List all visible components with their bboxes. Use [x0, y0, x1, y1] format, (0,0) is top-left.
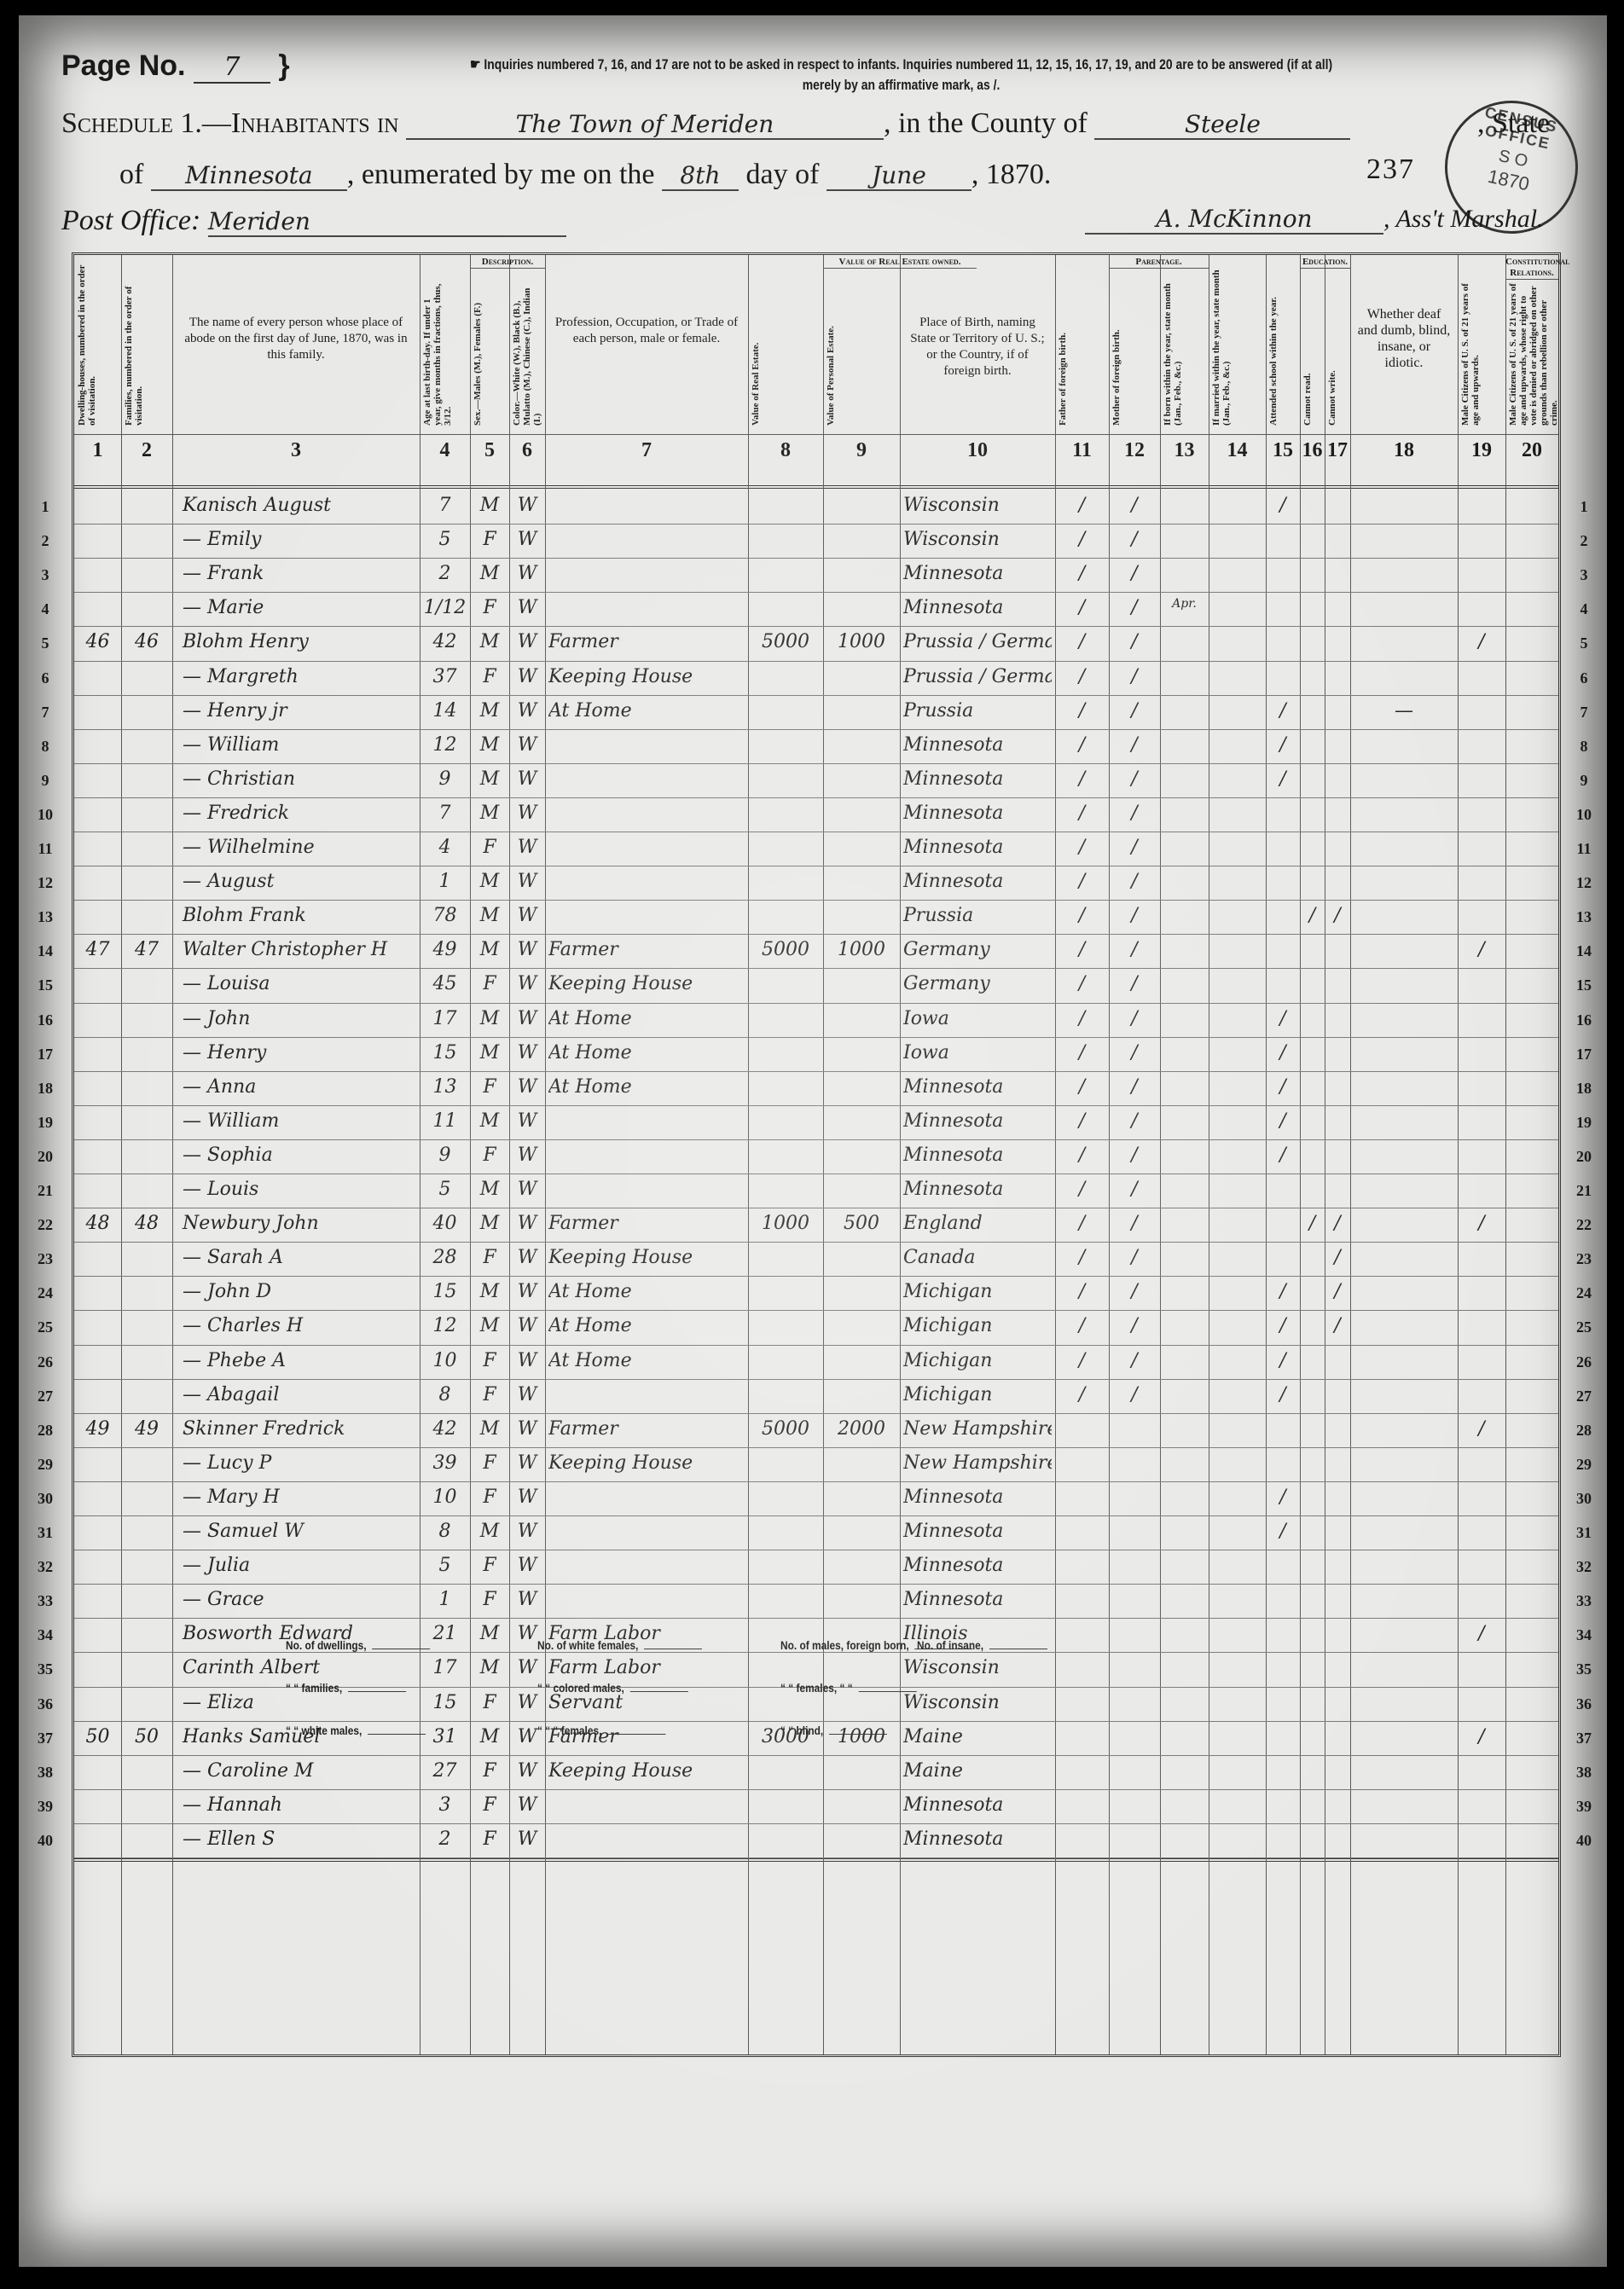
cell-age: 45	[423, 973, 467, 994]
cell-family: 49	[125, 1418, 169, 1440]
column-number-4: 4	[420, 439, 470, 462]
cell-age: 42	[423, 1418, 467, 1440]
column-header-5: Sex.—Males (M.), Females (F.)	[473, 279, 507, 426]
row-rule	[74, 1071, 1558, 1072]
cell-color: W	[513, 768, 542, 790]
cell-dwelling: 47	[78, 939, 118, 960]
cell-c19: /	[1461, 631, 1502, 652]
column-header-15: Attended school within the year.	[1268, 279, 1297, 426]
row-rule	[74, 592, 1558, 593]
cell-c12: /	[1112, 597, 1157, 618]
cell-name: — Henry	[176, 1042, 423, 1063]
column-header-18: Whether deaf and dumb, blind, insane, or…	[1357, 306, 1451, 371]
column-header-12: Mother of foreign birth.	[1111, 279, 1157, 426]
row-rule	[74, 1003, 1558, 1004]
column-header-19: Male Citizens of U. S. of 21 years of ag…	[1460, 279, 1503, 426]
cell-age: 42	[423, 631, 467, 652]
line-number: 23	[30, 1250, 61, 1268]
column-number-14: 14	[1209, 439, 1266, 462]
cell-family: 46	[125, 631, 169, 652]
line-number: 6	[30, 669, 61, 687]
line-number: 19	[30, 1114, 61, 1132]
cell-c12: /	[1112, 1384, 1157, 1405]
line-number: 10	[30, 806, 61, 824]
cell-c19: /	[1461, 1623, 1502, 1644]
cell-name: — Wilhelmine	[176, 837, 423, 858]
cell-c15: /	[1269, 1350, 1296, 1371]
cell-real: 5000	[751, 1418, 820, 1440]
cell-birthplace: Minnesota	[903, 597, 1052, 618]
cell-age: 4	[423, 837, 467, 858]
cell-sex: F	[473, 1076, 506, 1098]
cell-age: 78	[423, 905, 467, 926]
cell-name: — Samuel W	[176, 1521, 423, 1542]
row-rule	[74, 763, 1558, 764]
cell-color: W	[513, 700, 542, 721]
cell-age: 1	[423, 871, 467, 892]
row-rule	[74, 1208, 1558, 1208]
cell-name: Kanisch August	[176, 495, 423, 516]
cell-age: 3	[423, 1794, 467, 1816]
cell-age: 37	[423, 666, 467, 687]
cell-birthplace: Wisconsin	[903, 529, 1052, 550]
line-number: 13	[30, 908, 61, 926]
line-number: 14	[30, 942, 61, 960]
cell-age: 8	[423, 1384, 467, 1405]
footer-blank	[829, 1734, 887, 1735]
cell-c15: /	[1269, 1384, 1296, 1405]
cell-sex: M	[473, 768, 506, 790]
cell-sex: M	[473, 1213, 506, 1234]
cell-sex: F	[473, 666, 506, 687]
row-rule	[74, 900, 1558, 901]
cell-birthplace: Iowa	[903, 1042, 1052, 1063]
cell-birthplace: Prussia	[903, 905, 1052, 926]
footer-blank	[368, 1734, 426, 1735]
line-number: 5	[30, 635, 61, 652]
column-divider	[121, 255, 122, 2054]
cell-name: — Julia	[176, 1555, 423, 1576]
cell-color: W	[513, 1213, 542, 1234]
cell-birthplace: Minnesota	[903, 563, 1052, 584]
row-rule	[74, 1242, 1558, 1243]
line-number: 10	[1569, 806, 1599, 824]
line-number: 39	[30, 1798, 61, 1816]
cell-color: W	[513, 871, 542, 892]
cell-occupation: At Home	[548, 700, 745, 721]
column-number-8: 8	[748, 439, 823, 462]
cell-sex: M	[473, 563, 506, 584]
cell-age: 1/12	[423, 597, 467, 618]
cell-sex: F	[473, 1692, 506, 1713]
line-number: 37	[30, 1730, 61, 1747]
cell-c12: /	[1112, 700, 1157, 721]
cell-color: W	[513, 1794, 542, 1816]
cell-c11: /	[1058, 1008, 1105, 1029]
row-rule	[74, 1037, 1558, 1038]
cell-c15: /	[1269, 1486, 1296, 1508]
cell-c11: /	[1058, 666, 1105, 687]
footer-blank	[372, 1649, 430, 1649]
cell-birthplace: Minnesota	[903, 803, 1052, 824]
column-header-2: Families, numbered in the order of visit…	[124, 262, 170, 426]
cell-c11: /	[1058, 700, 1105, 721]
cell-sex: M	[473, 871, 506, 892]
cell-real: 5000	[751, 939, 820, 960]
line-number: 11	[30, 840, 61, 858]
line-number: 27	[30, 1388, 61, 1405]
sheet-number: 237	[1366, 154, 1415, 186]
cell-color: W	[513, 1555, 542, 1576]
cell-age: 39	[423, 1452, 467, 1474]
cell-age: 7	[423, 495, 467, 516]
column-divider	[1160, 255, 1161, 2054]
cell-occupation: At Home	[548, 1281, 745, 1302]
cell-color: W	[513, 1076, 542, 1098]
cell-c15: /	[1269, 1144, 1296, 1166]
row-rule	[74, 558, 1558, 559]
line-number: 18	[30, 1080, 61, 1098]
footer-white_females: No. of white females,	[537, 1638, 702, 1652]
cell-birthplace: Prussia / Germany	[903, 631, 1052, 652]
cell-color: W	[513, 1452, 542, 1474]
column-divider	[172, 255, 173, 2054]
line-number: 26	[30, 1353, 61, 1371]
cell-sex: M	[473, 939, 506, 960]
cell-sex: F	[473, 1486, 506, 1508]
cell-sex: F	[473, 1794, 506, 1816]
cell-c11: /	[1058, 1144, 1105, 1166]
cell-c11: /	[1058, 871, 1105, 892]
cell-birthplace: Iowa	[903, 1008, 1052, 1029]
cell-name: — Sarah A	[176, 1247, 423, 1268]
cell-age: 11	[423, 1110, 467, 1132]
cell-age: 49	[423, 939, 467, 960]
cell-c11: /	[1058, 1110, 1105, 1132]
column-number-13: 13	[1160, 439, 1209, 462]
cell-c12: /	[1112, 631, 1157, 652]
line-number: 32	[1569, 1558, 1599, 1576]
cell-color: W	[513, 837, 542, 858]
cell-name: Walter Christopher H	[176, 939, 423, 960]
cell-c11: /	[1058, 837, 1105, 858]
row-rule	[74, 1310, 1558, 1311]
cell-occupation: At Home	[548, 1008, 745, 1029]
row-rule	[74, 1139, 1558, 1140]
row-rule	[74, 1652, 1558, 1653]
column-header-6: Color.—White (W.), Black (B.), Mulatto (…	[512, 279, 542, 426]
cell-c12: /	[1112, 666, 1157, 687]
footer-dwellings: No. of dwellings,	[286, 1638, 430, 1652]
line-number: 3	[1569, 566, 1599, 584]
cell-age: 9	[423, 768, 467, 790]
cell-c11: /	[1058, 1179, 1105, 1200]
row-rule	[74, 1515, 1558, 1516]
cell-age: 17	[423, 1657, 467, 1678]
cell-birthplace: Michigan	[903, 1281, 1052, 1302]
cell-name: — Louis	[176, 1179, 423, 1200]
cell-occupation: Servant	[548, 1692, 745, 1713]
cell-occupation: Farmer	[548, 1418, 745, 1440]
cell-name: — Lucy P	[176, 1452, 423, 1474]
cell-age: 7	[423, 803, 467, 824]
cell-name: — William	[176, 1110, 423, 1132]
cell-name: — Margreth	[176, 666, 423, 687]
cell-name: — Henry jr	[176, 700, 423, 721]
cell-age: 13	[423, 1076, 467, 1098]
cell-c16: /	[1303, 905, 1321, 926]
column-header-3: The name of every person whose place of …	[179, 315, 413, 363]
cell-sex: M	[473, 1315, 506, 1336]
line-number: 1	[1569, 498, 1599, 516]
cell-c15: /	[1269, 495, 1296, 516]
footer-blank	[989, 1649, 1047, 1649]
line-number: 19	[1569, 1114, 1599, 1132]
cell-color: W	[513, 1281, 542, 1302]
line-number: 20	[30, 1148, 61, 1166]
column-number-6: 6	[509, 439, 545, 462]
cell-age: 12	[423, 734, 467, 756]
line-number: 9	[1569, 772, 1599, 790]
column-divider	[900, 255, 901, 2054]
column-number-1: 1	[74, 439, 121, 462]
state-label: , State	[1477, 107, 1550, 140]
cell-color: W	[513, 1179, 542, 1200]
cell-birthplace: Minnesota	[903, 768, 1052, 790]
cell-c12: /	[1112, 1247, 1157, 1268]
footer-blank	[348, 1691, 406, 1692]
line-number: 39	[1569, 1798, 1599, 1816]
cell-c15: /	[1269, 700, 1296, 721]
line-number: 16	[1569, 1011, 1599, 1029]
line-number: 22	[30, 1216, 61, 1234]
line-number: 36	[30, 1695, 61, 1713]
cell-name: — Grace	[176, 1589, 423, 1610]
row-rule	[74, 1755, 1558, 1756]
line-number: 29	[1569, 1456, 1599, 1474]
cell-c18: —	[1354, 700, 1454, 721]
cell-birthplace: Michigan	[903, 1315, 1052, 1336]
cell-name: — August	[176, 871, 423, 892]
line-number: 33	[30, 1592, 61, 1610]
column-divider	[545, 255, 546, 2054]
column-divider	[1266, 255, 1267, 2054]
column-number-2: 2	[121, 439, 172, 462]
column-number-11: 11	[1055, 439, 1109, 462]
cell-name: Skinner Fredrick	[176, 1418, 423, 1440]
cell-color: W	[513, 1692, 542, 1713]
cell-birthplace: Minnesota	[903, 871, 1052, 892]
column-number-7: 7	[545, 439, 748, 462]
row-rule	[74, 524, 1558, 524]
column-header-1: Dwelling-houses, numbered in the order o…	[77, 262, 119, 426]
line-number: 30	[1569, 1490, 1599, 1508]
cell-birthplace: Minnesota	[903, 1110, 1052, 1132]
cell-c17: /	[1328, 1315, 1347, 1336]
cell-color: W	[513, 1521, 542, 1542]
line-number: 38	[30, 1764, 61, 1782]
column-number-10: 10	[900, 439, 1055, 462]
footer-blind: “ “ blind,	[780, 1724, 887, 1737]
marshal-line: A. McKinnon, Ass't Marshal.	[1085, 205, 1544, 235]
cell-color: W	[513, 1384, 542, 1405]
cell-real: 1000	[751, 1213, 820, 1234]
cell-c12: /	[1112, 1042, 1157, 1063]
cell-birthplace: Wisconsin	[903, 1657, 1052, 1678]
cell-name: — Christian	[176, 768, 423, 790]
cell-birthplace: Maine	[903, 1726, 1052, 1747]
cell-occupation: Keeping House	[548, 973, 745, 994]
cell-name: — Sophia	[176, 1144, 423, 1166]
state-field: Minnesota	[151, 161, 347, 191]
cell-name: — John D	[176, 1281, 423, 1302]
page-number-value: 7	[194, 52, 270, 84]
row-rule	[74, 1618, 1558, 1619]
line-number: 7	[30, 704, 61, 721]
column-number-17: 17	[1325, 439, 1350, 462]
cell-occupation: Keeping House	[548, 666, 745, 687]
census-table: Description.Value of Real Estate owned.P…	[72, 252, 1561, 2057]
cell-name: — Frank	[176, 563, 423, 584]
line-number: 25	[1569, 1318, 1599, 1336]
line-number: 25	[30, 1318, 61, 1336]
line-number: 31	[1569, 1524, 1599, 1542]
cell-name: Blohm Frank	[176, 905, 423, 926]
cell-color: W	[513, 1144, 542, 1166]
column-divider	[1055, 255, 1056, 2054]
cell-sex: F	[473, 973, 506, 994]
line-number: 23	[1569, 1250, 1599, 1268]
cell-age: 1	[423, 1589, 467, 1610]
footer-families: “ “ families,	[286, 1681, 406, 1695]
cell-occupation: Keeping House	[548, 1760, 745, 1782]
cell-color: W	[513, 1110, 542, 1132]
cell-sex: M	[473, 631, 506, 652]
page-number: Page No. 7 }	[61, 49, 290, 84]
cell-c19: /	[1461, 939, 1502, 960]
cell-color: W	[513, 1350, 542, 1371]
cell-c11: /	[1058, 1076, 1105, 1098]
cell-occupation: At Home	[548, 1076, 745, 1098]
cell-age: 10	[423, 1486, 467, 1508]
cell-c15: /	[1269, 1315, 1296, 1336]
cell-c12: /	[1112, 803, 1157, 824]
line-number: 21	[30, 1182, 61, 1200]
cell-dwelling: 49	[78, 1418, 118, 1440]
cell-birthplace: Michigan	[903, 1384, 1052, 1405]
cell-family: 48	[125, 1213, 169, 1234]
column-divider	[1325, 255, 1325, 2054]
inquiry-note: ☛ Inquiries numbered 7, 16, and 17 are n…	[356, 55, 1447, 96]
cell-birthplace: Minnesota	[903, 1179, 1052, 1200]
column-divider	[470, 255, 471, 2054]
cell-color: W	[513, 973, 542, 994]
column-header-17: Cannot write.	[1327, 262, 1348, 426]
cell-name: — Louisa	[176, 973, 423, 994]
cell-sex: M	[473, 803, 506, 824]
cell-c15: /	[1269, 1008, 1296, 1029]
cell-age: 2	[423, 1828, 467, 1850]
row-rule	[74, 1413, 1558, 1414]
column-number-16: 16	[1300, 439, 1325, 462]
line-number: 35	[30, 1660, 61, 1678]
line-number: 32	[30, 1558, 61, 1576]
cell-c11: /	[1058, 597, 1105, 618]
column-header-11: Father of foreign birth.	[1058, 279, 1106, 426]
cell-family: 50	[125, 1726, 169, 1747]
row-rule	[74, 1447, 1558, 1448]
cell-age: 5	[423, 1179, 467, 1200]
cell-age: 15	[423, 1042, 467, 1063]
cell-sex: M	[473, 1008, 506, 1029]
row-rule	[74, 729, 1558, 730]
line-number: 26	[1569, 1353, 1599, 1371]
cell-occupation: At Home	[548, 1042, 745, 1063]
line-number: 12	[1569, 874, 1599, 892]
line-number: 18	[1569, 1080, 1599, 1098]
cell-c15: /	[1269, 1281, 1296, 1302]
cell-sex: M	[473, 905, 506, 926]
cell-name: — Marie	[176, 597, 423, 618]
line-number: 2	[30, 532, 61, 550]
cell-sex: M	[473, 700, 506, 721]
cell-age: 9	[423, 1144, 467, 1166]
cell-color: W	[513, 1247, 542, 1268]
cell-c12: /	[1112, 1110, 1157, 1132]
line-number: 2	[1569, 532, 1599, 550]
row-rule	[74, 968, 1558, 969]
footer-insane: No. of insane,	[917, 1638, 1047, 1652]
line-number: 6	[1569, 669, 1599, 687]
column-header-20: Male Citizens of U. S. of 21 years of ag…	[1508, 279, 1556, 426]
cell-sex: F	[473, 837, 506, 858]
cell-c12: /	[1112, 1315, 1157, 1336]
row-rule	[74, 797, 1558, 798]
cell-color: W	[513, 939, 542, 960]
cell-sex: F	[473, 1144, 506, 1166]
cell-age: 31	[423, 1726, 467, 1747]
line-number: 15	[1569, 976, 1599, 994]
cell-color: W	[513, 563, 542, 584]
cell-sex: M	[473, 734, 506, 756]
line-number: 28	[1569, 1422, 1599, 1440]
column-number-19: 19	[1458, 439, 1505, 462]
cell-color: W	[513, 1315, 542, 1336]
post-office-field: Meriden	[208, 207, 566, 237]
row-rule	[74, 661, 1558, 662]
cell-personal: 2000	[826, 1418, 896, 1440]
cell-name: — Phebe A	[176, 1350, 423, 1371]
cell-birthplace: Prussia	[903, 700, 1052, 721]
cell-name: Blohm Henry	[176, 631, 423, 652]
row-rule	[74, 832, 1558, 832]
line-number: 9	[30, 772, 61, 790]
line-number: 17	[30, 1046, 61, 1063]
cell-occupation: Keeping House	[548, 1452, 745, 1474]
cell-c12: /	[1112, 973, 1157, 994]
cell-sex: M	[473, 1281, 506, 1302]
cell-name: — John	[176, 1008, 423, 1029]
line-number: 8	[30, 738, 61, 756]
cell-color: W	[513, 1418, 542, 1440]
line-number: 8	[1569, 738, 1599, 756]
cell-c11: /	[1058, 1315, 1105, 1336]
cell-c12: /	[1112, 563, 1157, 584]
month-field: June	[826, 161, 971, 191]
cell-c12: /	[1112, 905, 1157, 926]
cell-birthplace: Minnesota	[903, 1794, 1052, 1816]
cell-sex: M	[473, 1042, 506, 1063]
